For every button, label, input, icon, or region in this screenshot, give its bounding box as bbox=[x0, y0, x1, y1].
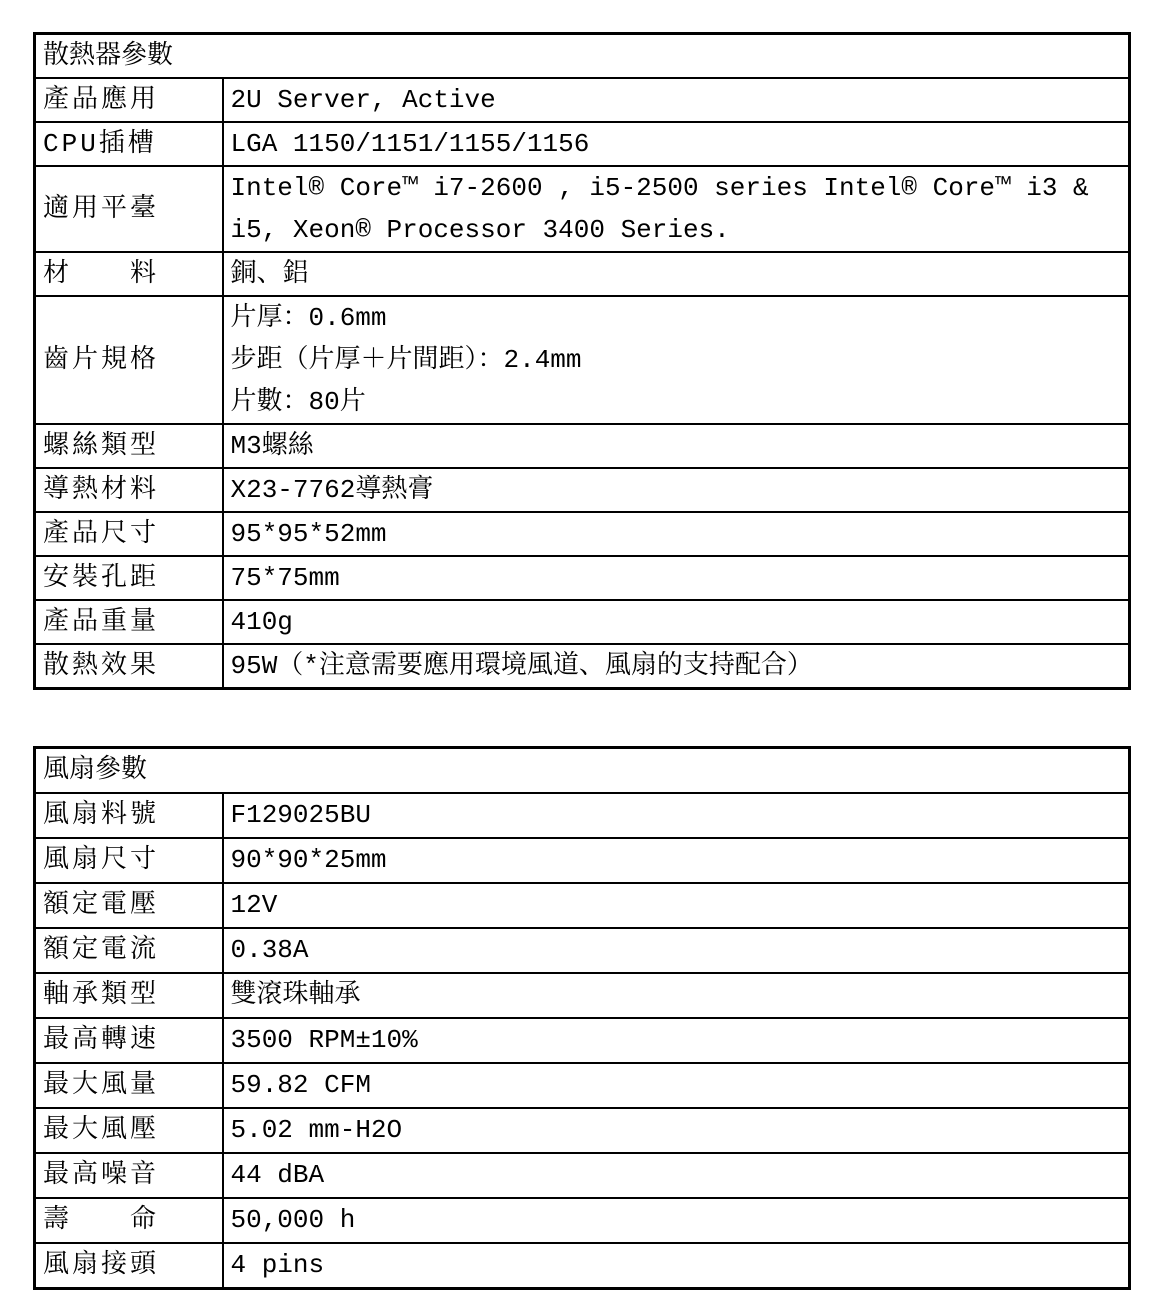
spec-label: 螺絲類型 bbox=[35, 424, 223, 468]
table-row: 最高噪音 44 dBA bbox=[35, 1153, 1130, 1198]
heatsink-spec-table: 散熱器參數 產品應用 2U Server, Active CPU插槽 LGA 1… bbox=[33, 32, 1131, 690]
spec-label: 適用平臺 bbox=[35, 166, 223, 252]
table-row: 散熱效果 95W（*注意需要應用環境風道、風扇的支持配合） bbox=[35, 644, 1130, 689]
spec-value: 50,000 h bbox=[223, 1198, 1130, 1243]
table-row: 軸承類型 雙滾珠軸承 bbox=[35, 973, 1130, 1018]
spec-label: 額定電流 bbox=[35, 928, 223, 973]
spec-value: 銅、鋁 bbox=[223, 252, 1130, 296]
spec-label: 風扇料號 bbox=[35, 793, 223, 838]
spec-label: 齒片規格 bbox=[35, 296, 223, 424]
table-row: 風扇料號 F129025BU bbox=[35, 793, 1130, 838]
spec-value: 75*75mm bbox=[223, 556, 1130, 600]
table-row: 安裝孔距 75*75mm bbox=[35, 556, 1130, 600]
table-row: 額定電壓 12V bbox=[35, 883, 1130, 928]
heatsink-table-title: 散熱器參數 bbox=[35, 34, 1130, 79]
spec-label: 風扇接頭 bbox=[35, 1243, 223, 1289]
spec-value: 410g bbox=[223, 600, 1130, 644]
table-row: 壽 命 50,000 h bbox=[35, 1198, 1130, 1243]
table-title-row: 散熱器參數 bbox=[35, 34, 1130, 79]
table-row: 最大風量 59.82 CFM bbox=[35, 1063, 1130, 1108]
spec-value: 2U Server, Active bbox=[223, 78, 1130, 122]
spec-value: 片厚：0.6mm 步距（片厚＋片間距）：2.4mm 片數：80片 bbox=[223, 296, 1130, 424]
spec-label: CPU插槽 bbox=[35, 122, 223, 166]
spec-label: 軸承類型 bbox=[35, 973, 223, 1018]
table-row: 產品應用 2U Server, Active bbox=[35, 78, 1130, 122]
spec-label: 最大風壓 bbox=[35, 1108, 223, 1153]
spec-label: 最高轉速 bbox=[35, 1018, 223, 1063]
spec-value: 0.38A bbox=[223, 928, 1130, 973]
spec-label: 安裝孔距 bbox=[35, 556, 223, 600]
spec-value: X23-7762導熱膏 bbox=[223, 468, 1130, 512]
spec-label: 額定電壓 bbox=[35, 883, 223, 928]
table-row: 最大風壓 5.02 mm-H2O bbox=[35, 1108, 1130, 1153]
spec-value: 12V bbox=[223, 883, 1130, 928]
spec-label: 產品尺寸 bbox=[35, 512, 223, 556]
table-row: 產品重量 410g bbox=[35, 600, 1130, 644]
table-row: 適用平臺 Intel® Core™ i7-2600 , i5-2500 seri… bbox=[35, 166, 1130, 252]
table-row: 額定電流 0.38A bbox=[35, 928, 1130, 973]
table-row: 風扇接頭 4 pins bbox=[35, 1243, 1130, 1289]
spec-label: 風扇尺寸 bbox=[35, 838, 223, 883]
table-row: 最高轉速 3500 RPM±10% bbox=[35, 1018, 1130, 1063]
spec-value: 雙滾珠軸承 bbox=[223, 973, 1130, 1018]
spec-value: 44 dBA bbox=[223, 1153, 1130, 1198]
spec-value: LGA 1150/1151/1155/1156 bbox=[223, 122, 1130, 166]
spec-value: 3500 RPM±10% bbox=[223, 1018, 1130, 1063]
spec-label: 材 料 bbox=[35, 252, 223, 296]
spec-label: 壽 命 bbox=[35, 1198, 223, 1243]
table-row: 材 料 銅、鋁 bbox=[35, 252, 1130, 296]
spec-value: 4 pins bbox=[223, 1243, 1130, 1289]
spec-label: 最大風量 bbox=[35, 1063, 223, 1108]
table-row: CPU插槽 LGA 1150/1151/1155/1156 bbox=[35, 122, 1130, 166]
spec-value: Intel® Core™ i7-2600 , i5-2500 series In… bbox=[223, 166, 1130, 252]
spec-label: 最高噪音 bbox=[35, 1153, 223, 1198]
spec-label: 散熱效果 bbox=[35, 644, 223, 689]
table-title-row: 風扇參數 bbox=[35, 748, 1130, 794]
spec-value: F129025BU bbox=[223, 793, 1130, 838]
spec-label: 產品重量 bbox=[35, 600, 223, 644]
spec-value: 59.82 CFM bbox=[223, 1063, 1130, 1108]
fan-table-title: 風扇參數 bbox=[35, 748, 1130, 794]
table-row: 螺絲類型 M3螺絲 bbox=[35, 424, 1130, 468]
table-row: 導熱材料 X23-7762導熱膏 bbox=[35, 468, 1130, 512]
spec-value: 95W（*注意需要應用環境風道、風扇的支持配合） bbox=[223, 644, 1130, 689]
table-row: 齒片規格 片厚：0.6mm 步距（片厚＋片間距）：2.4mm 片數：80片 bbox=[35, 296, 1130, 424]
spec-label: 產品應用 bbox=[35, 78, 223, 122]
fan-spec-table: 風扇參數 風扇料號 F129025BU 風扇尺寸 90*90*25mm 額定電壓… bbox=[33, 746, 1131, 1290]
spec-value: 95*95*52mm bbox=[223, 512, 1130, 556]
table-row: 產品尺寸 95*95*52mm bbox=[35, 512, 1130, 556]
spec-value: 90*90*25mm bbox=[223, 838, 1130, 883]
spec-value: 5.02 mm-H2O bbox=[223, 1108, 1130, 1153]
table-row: 風扇尺寸 90*90*25mm bbox=[35, 838, 1130, 883]
spec-label: 導熱材料 bbox=[35, 468, 223, 512]
spec-value: M3螺絲 bbox=[223, 424, 1130, 468]
